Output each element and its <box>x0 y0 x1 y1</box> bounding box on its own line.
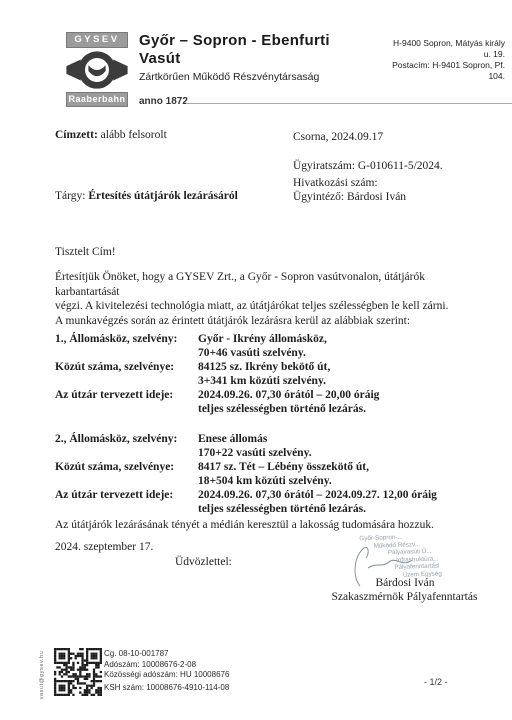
address-line: Postacím: H-9401 Sopron, Pf. <box>392 60 505 71</box>
signature-scribble <box>346 538 436 598</box>
vertical-email-text: vasut@gysev.hu <box>39 644 45 706</box>
row-value: 84125 sz. Ikrény bekötő út, 3+341 km köz… <box>198 360 491 388</box>
row-label: 1., Állomásköz, szelvény: <box>55 332 198 360</box>
row-label: Közút száma, szelvénye: <box>55 460 198 488</box>
row-label: Az útzár tervezett ideje: <box>55 488 198 516</box>
registry-line: Közösségi adószám: HU 10008676 <box>104 670 229 681</box>
clerk-line: Ügyintéző: Bárdosi Iván <box>293 190 443 204</box>
row-value: Enese állomás 170+22 vasúti szelvény. <box>198 432 491 460</box>
qr-code <box>54 648 102 696</box>
letter-page: GYSEV Raaberbahn Győr – Sopron - Ebenfur… <box>0 0 512 720</box>
address-line: 104. <box>392 71 505 82</box>
page-number: - 1/2 - <box>424 677 448 687</box>
company-subtitle: Zártkörűen Működő Részvénytársaság <box>139 71 330 83</box>
intro-paragraph: Értesítjük Önöket, hogy a GYSEV Zrt., a … <box>55 270 491 328</box>
subject-line: Tárgy: Értesítés útátjárók lezárásáról <box>55 190 238 202</box>
date-line: 2024. szeptember 17. <box>55 541 153 553</box>
logo-bottom-label: Raaberbahn <box>66 92 128 107</box>
row-value: 8417 sz. Tét – Lébény összekötő út, 18+5… <box>198 460 491 488</box>
place-date: Csorna, 2024.09.17 <box>293 130 443 144</box>
address-line: H-9400 Sopron, Mátyás király <box>392 38 505 49</box>
subject-label: Tárgy: <box>55 190 88 202</box>
gysev-logo: GYSEV Raaberbahn <box>66 32 128 107</box>
row-value: 2024.09.26. 07,30 órától – 20,00 óráig t… <box>198 388 491 416</box>
gysev-emblem-icon <box>66 48 128 92</box>
subject-value: Értesítés útátjárók lezárásáról <box>88 190 237 202</box>
company-registry-block: Cg. 08-10-001787 Adószám: 10008676-2-08 … <box>104 649 229 693</box>
signer-name: Bárdosi Iván <box>330 577 480 589</box>
header-rule <box>186 103 512 104</box>
company-header: Győr – Sopron - Ebenfurti Vasút Zártkörű… <box>139 32 330 83</box>
recipient-line: Címzett: alább felsorolt <box>55 129 167 141</box>
logo-top-label: GYSEV <box>66 32 128 48</box>
registry-line: Adószám: 10008676-2-08 <box>104 660 229 671</box>
paragraph-line: A munkavégzés során az érintett útátjáró… <box>55 314 491 329</box>
row-label: Az útzár tervezett ideje: <box>55 388 198 416</box>
reference-number: Hivatkozási szám: <box>293 176 443 190</box>
recipient-label: Címzett: <box>55 129 98 141</box>
anno-label: anno 1872 <box>139 96 188 107</box>
closure-section-1: 1., Állomásköz, szelvény: Győr - Ikrény … <box>55 332 491 416</box>
paragraph-line: végzi. A kivitelezési technológia miatt,… <box>55 299 491 314</box>
row-value: 2024.09.26. 07,30 órától – 2024.09.27. 1… <box>198 488 491 516</box>
company-name-line2: Vasút <box>139 50 330 68</box>
case-number: Ügyiratszám: G-010611-5/2024. <box>293 159 443 173</box>
registry-line: KSH szám: 10008676-4910-114-08 <box>104 683 229 694</box>
regards-line: Üdvözlettel: <box>175 556 232 568</box>
row-label: 2., Állomásköz, szelvény: <box>55 432 198 460</box>
address-line: u. 19. <box>392 49 505 60</box>
meta-block: Csorna, 2024.09.17 Ügyiratszám: G-010611… <box>293 130 443 204</box>
recipient-value: alább felsorolt <box>98 129 167 141</box>
company-address: H-9400 Sopron, Mátyás király u. 19. Post… <box>392 38 505 82</box>
salutation: Tisztelt Cím! <box>55 246 116 258</box>
signer-title: Szakaszmérnök Pályafenntartás <box>312 591 497 603</box>
registry-line: Cg. 08-10-001787 <box>104 649 229 660</box>
row-label: Közút száma, szelvénye: <box>55 360 198 388</box>
paragraph-line: Értesítjük Önöket, hogy a GYSEV Zrt., a … <box>55 270 491 299</box>
company-name-line1: Győr – Sopron - Ebenfurti <box>139 32 330 50</box>
closing-line: Az útátjárók lezárásának tényét a médián… <box>55 519 434 531</box>
row-value: Győr - Ikrény állomásköz, 70+46 vasúti s… <box>198 332 491 360</box>
closure-section-2: 2., Állomásköz, szelvény: Enese állomás … <box>55 432 491 516</box>
